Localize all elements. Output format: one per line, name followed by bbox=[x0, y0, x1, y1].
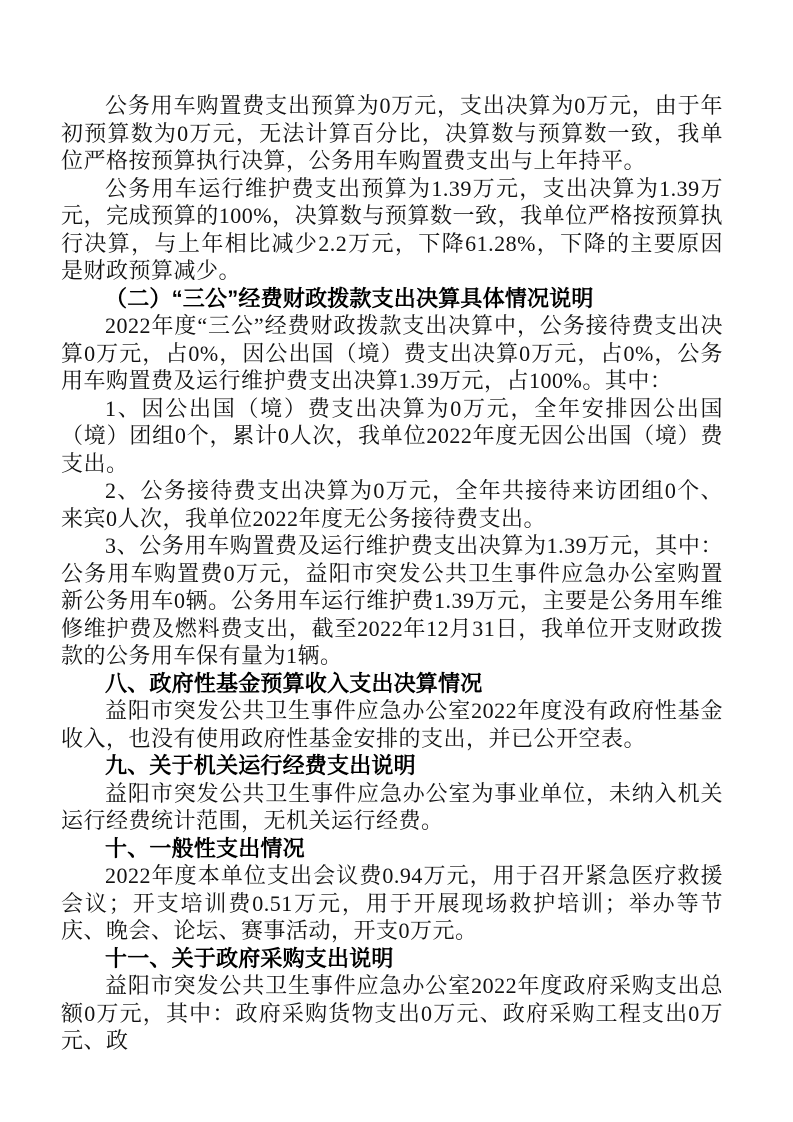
section-heading-government-procurement: 十一、关于政府采购支出说明 bbox=[61, 945, 723, 973]
section-heading-general-expenditure: 十、一般性支出情况 bbox=[61, 835, 723, 863]
paragraph-vehicle-purchase: 公务用车购置费支出预算为0万元，支出决算为0万元，由于年初预算数为0万元，无法计… bbox=[61, 92, 723, 175]
section-heading-three-public-funds-detail: （二）“三公”经费财政拨款支出决算具体情况说明 bbox=[61, 285, 723, 313]
paragraph-government-fund-budget: 益阳市突发公共卫生事件应急办公室2022年度没有政府性基金收入，也没有使用政府性… bbox=[61, 697, 723, 752]
section-heading-agency-operating-expenses: 九、关于机关运行经费支出说明 bbox=[61, 752, 723, 780]
paragraph-item-3-official-vehicles: 3、公务用车购置费及运行维护费支出决算为1.39万元，其中：公务用车购置费0万元… bbox=[61, 532, 723, 670]
paragraph-general-expenditure: 2022年度本单位支出会议费0.94万元，用于召开紧急医疗救援会议；开支培训费0… bbox=[61, 862, 723, 945]
document-page: 公务用车购置费支出预算为0万元，支出决算为0万元，由于年初预算数为0万元，无法计… bbox=[0, 0, 793, 1122]
section-heading-government-fund-budget: 八、政府性基金预算收入支出决算情况 bbox=[61, 670, 723, 698]
paragraph-item-1-overseas-travel: 1、因公出国（境）费支出决算为0万元，全年安排因公出国（境）团组0个，累计0人次… bbox=[61, 395, 723, 478]
paragraph-agency-operating-expenses: 益阳市突发公共卫生事件应急办公室为事业单位，未纳入机关运行经费统计范围，无机关运… bbox=[61, 780, 723, 835]
paragraph-item-2-official-reception: 2、公务接待费支出决算为0万元，全年共接待来访团组0个、来宾0人次，我单位202… bbox=[61, 477, 723, 532]
paragraph-vehicle-maintenance: 公务用车运行维护费支出预算为1.39万元，支出决算为1.39万元，完成预算的10… bbox=[61, 175, 723, 285]
paragraph-government-procurement: 益阳市突发公共卫生事件应急办公室2022年度政府采购支出总额0万元，其中：政府采… bbox=[61, 972, 723, 1055]
paragraph-three-public-summary: 2022年度“三公”经费财政拨款支出决算中，公务接待费支出决算0万元，占0%，因… bbox=[61, 312, 723, 395]
